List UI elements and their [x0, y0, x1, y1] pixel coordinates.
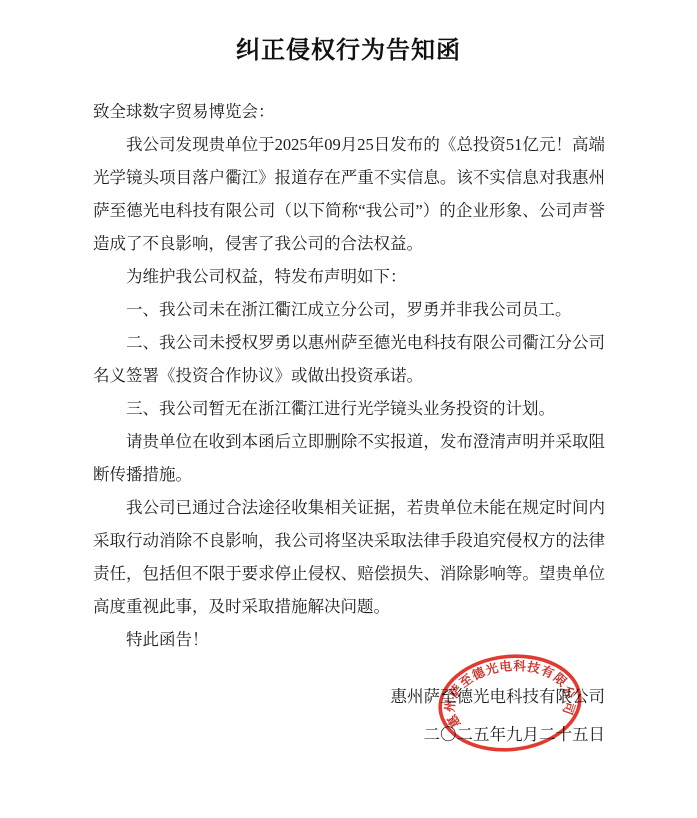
paragraph-legal-warning: 我公司已通过合法途径收集相关证据，若贵单位未能在规定时间内采取行动消除不良影响，…: [93, 491, 605, 623]
signature-block: 惠州萨至德光电科技有限公司 二〇二五年九月二十五日: [93, 678, 605, 754]
closing-line: 特此函告！: [93, 623, 605, 656]
document-body: 致全球数字贸易博览会： 我公司发现贵单位于2025年09月25日发布的《总投资5…: [93, 95, 605, 656]
paragraph-intro: 我公司发现贵单位于2025年09月25日发布的《总投资51亿元！高端光学镜头项目…: [93, 128, 605, 260]
paragraph-demand: 请贵单位在收到本函后立即删除不实报道，发布澄清声明并采取阻断传播措施。: [93, 425, 605, 491]
paragraph-statement-lead: 为维护我公司权益，特发布声明如下：: [93, 260, 605, 293]
paragraph-point-3: 三、我公司暂无在浙江衢江进行光学镜头业务投资的计划。: [93, 392, 605, 425]
signature-date: 二〇二五年九月二十五日: [93, 716, 605, 754]
signature-company-name: 惠州萨至德光电科技有限公司: [93, 678, 605, 716]
paragraph-point-2: 二、我公司未授权罗勇以惠州萨至德光电科技有限公司衢江分公司名义签署《投资合作协议…: [93, 326, 605, 392]
salutation-line: 致全球数字贸易博览会：: [93, 95, 605, 128]
paragraph-point-1: 一、我公司未在浙江衢江成立分公司，罗勇并非我公司员工。: [93, 293, 605, 326]
document-page: 纠正侵权行为告知函 致全球数字贸易博览会： 我公司发现贵单位于2025年09月2…: [0, 0, 697, 818]
document-title: 纠正侵权行为告知函: [0, 0, 697, 66]
